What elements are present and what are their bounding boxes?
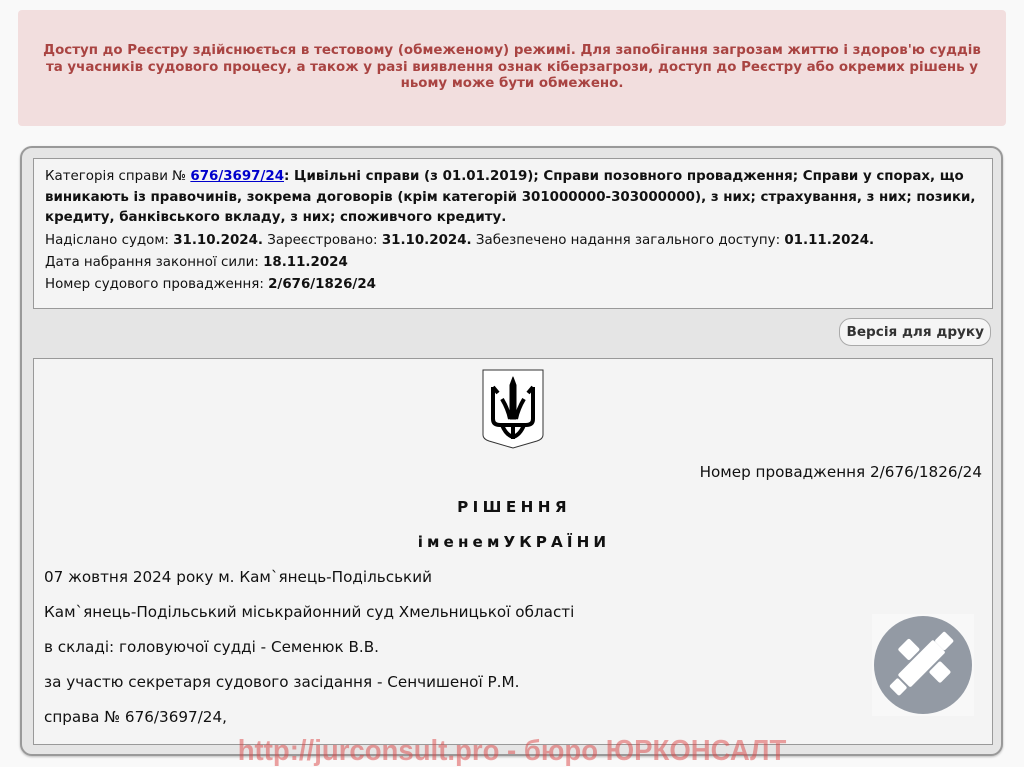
decision-line: в складі: головуючої судді - Семенюк В.В…: [44, 638, 379, 656]
decision-line: Кам`янець-Подільський міськрайонний суд …: [44, 603, 574, 621]
sent-date: 31.10.2024.: [173, 233, 263, 248]
proceeding-label: Номер судового провадження:: [45, 277, 268, 292]
case-category: Категорія справи № 676/3697/24: Цивільні…: [45, 167, 981, 229]
alert-text: Доступ до Реєстру здійснюється в тестово…: [34, 43, 990, 93]
access-date: 01.11.2024.: [784, 233, 874, 248]
effective-date: 18.11.2024: [263, 255, 348, 270]
watermark-text: http://jurconsult.pro - бюро ЮРКОНСАЛТ: [26, 735, 999, 767]
registered-date: 31.10.2024.: [382, 233, 472, 248]
decision-line: 07 жовтня 2024 року м. Кам`янець-Подільс…: [44, 568, 432, 586]
decision-line: за участю секретаря судового засідання -…: [44, 673, 519, 691]
case-dates: Надіслано судом: 31.10.2024. Зареєстрова…: [45, 230, 981, 252]
proceeding-number-line: Номер провадження 2/676/1826/24: [700, 463, 982, 481]
decision-subtitle: іменемУКРАЇНИ: [34, 533, 993, 551]
effective-date-row: Дата набрання законної сили: 18.11.2024: [45, 252, 981, 274]
case-number-link[interactable]: 676/3697/24: [190, 169, 284, 184]
case-info-panel: Категорія справи № 676/3697/24: Цивільні…: [33, 158, 993, 309]
registered-label: Зареєстровано:: [263, 233, 382, 248]
sent-label: Надіслано судом:: [45, 233, 173, 248]
proceeding-number-row: Номер судового провадження: 2/676/1826/2…: [45, 274, 981, 296]
print-version-button[interactable]: Версія для друку: [839, 318, 991, 346]
decision-container: Категорія справи № 676/3697/24: Цивільні…: [20, 146, 1003, 756]
ukraine-trident-icon: [482, 369, 544, 449]
puzzle-logo-icon: [872, 614, 974, 716]
category-label: Категорія справи №: [45, 169, 190, 184]
access-label: Забезпечено надання загального доступу:: [472, 233, 785, 248]
registry-access-alert: Доступ до Реєстру здійснюється в тестово…: [18, 10, 1006, 126]
decision-line: справа № 676/3697/24,: [44, 708, 227, 726]
decision-document: Номер провадження 2/676/1826/24 РІШЕННЯ …: [33, 358, 993, 745]
decision-title: РІШЕННЯ: [34, 498, 993, 516]
effective-label: Дата набрання законної сили:: [45, 255, 263, 270]
proceeding-number: 2/676/1826/24: [268, 277, 376, 292]
